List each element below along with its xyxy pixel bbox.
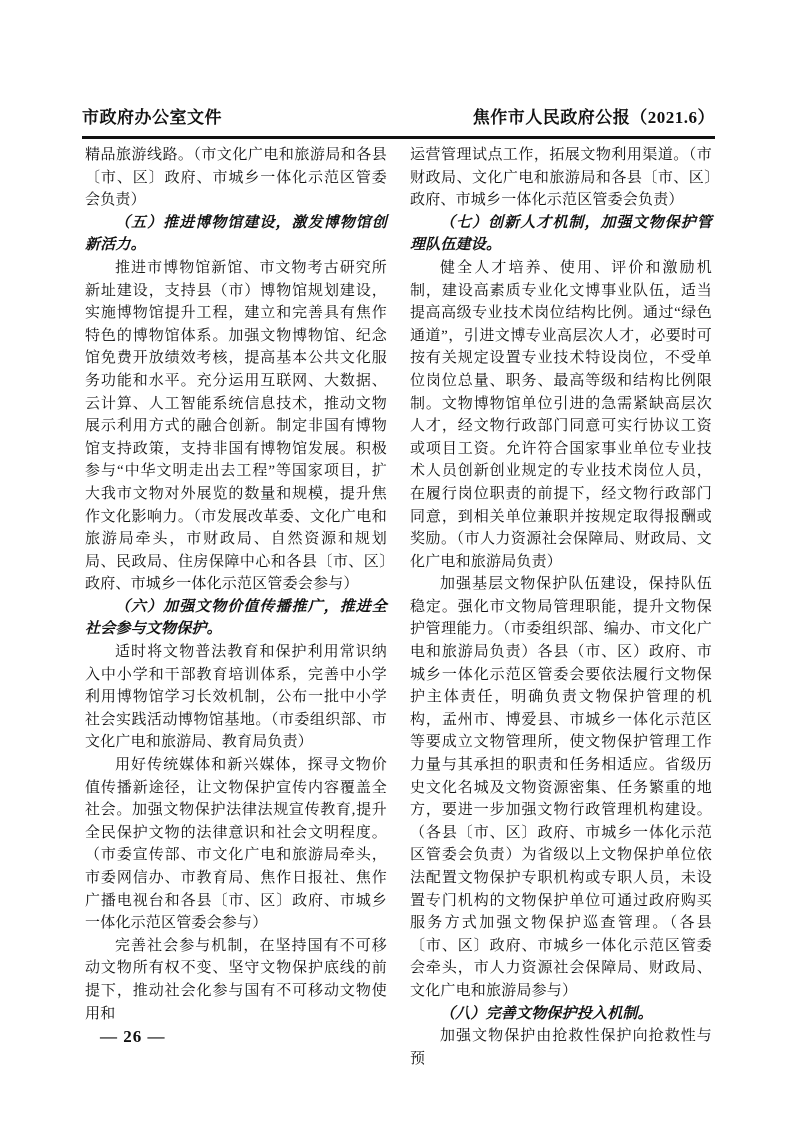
page-footer: — 26 — bbox=[100, 1027, 166, 1047]
section-heading-5: （五）推进博物馆建设，激发博物馆创新活力。 bbox=[85, 212, 387, 257]
paragraph: 推进市博物馆新馆、市文物考古研究所新址建设，支持县（市）博物馆规划建设，实施博物… bbox=[85, 257, 387, 596]
section-heading-7: （七）创新人才机制，加强文物保护管理队伍建设。 bbox=[410, 212, 712, 257]
section-heading-8: （八）完善文物保护投入机制。 bbox=[410, 1003, 712, 1026]
paragraph: 适时将文物普法教育和保护利用常识纳入中小学和干部教育培训体系，完善中小学利用博物… bbox=[85, 641, 387, 754]
paragraph-continuation: 运营管理试点工作，拓展文物利用渠道。（市财政局、文化广电和旅游局和各县〔市、区〕… bbox=[410, 144, 712, 212]
paragraph: 完善社会参与机制，在坚持国有不可移动文物所有权不变、坚守文物保护底线的前提下，推… bbox=[85, 935, 387, 1025]
paragraph: 健全人才培养、使用、评价和激励机制，建设高素质专业化文博事业队伍，适当提高高级专… bbox=[410, 257, 712, 573]
page-number: — 26 — bbox=[100, 1027, 166, 1046]
paragraph: 加强文物保护由抢救性保护向抢救性与预 bbox=[410, 1025, 712, 1070]
page-header: 市政府办公室文件 焦作市人民政府公报（2021.6） bbox=[82, 103, 715, 139]
paragraph: 加强基层文物保护队伍建设，保持队伍稳定。强化市文物局管理职能，提升文物保护管理能… bbox=[410, 573, 712, 1002]
gazette-page: 市政府办公室文件 焦作市人民政府公报（2021.6） 精品旅游线路。（市文化广电… bbox=[0, 0, 793, 1122]
document-body: 精品旅游线路。（市文化广电和旅游局和各县〔市、区〕政府、市城乡一体化示范区管委会… bbox=[85, 144, 712, 1070]
header-left-title: 市政府办公室文件 bbox=[82, 103, 222, 128]
paragraph-continuation: 精品旅游线路。（市文化广电和旅游局和各县〔市、区〕政府、市城乡一体化示范区管委会… bbox=[85, 144, 387, 212]
section-heading-6: （六）加强文物价值传播推广，推进全社会参与文物保护。 bbox=[85, 596, 387, 641]
right-column: 运营管理试点工作，拓展文物利用渠道。（市财政局、文化广电和旅游局和各县〔市、区〕… bbox=[410, 144, 712, 1070]
left-column: 精品旅游线路。（市文化广电和旅游局和各县〔市、区〕政府、市城乡一体化示范区管委会… bbox=[85, 144, 387, 1070]
paragraph: 用好传统媒体和新兴媒体，探寻文物价值传播新途径，让文物保护宣传内容覆盖全社会。加… bbox=[85, 754, 387, 935]
header-right-title: 焦作市人民政府公报（2021.6） bbox=[473, 103, 715, 128]
